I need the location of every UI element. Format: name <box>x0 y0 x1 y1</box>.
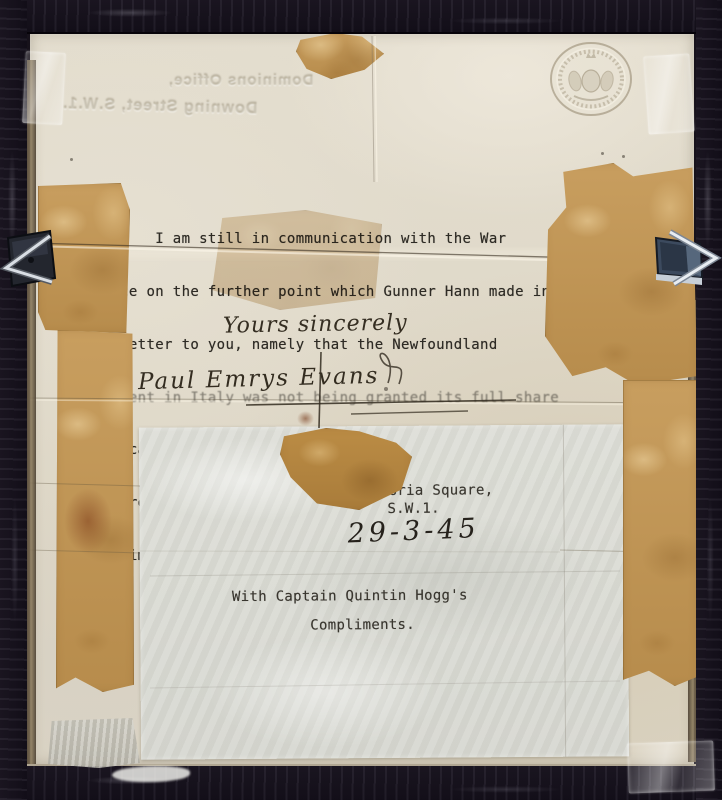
body-line: his letter to you, namely that the Newfo… <box>85 337 559 355</box>
gray-tape-bottom-left <box>48 718 140 768</box>
slip-compliments-line1: With Captain Quintin Hogg's <box>232 587 468 605</box>
slip-fold-line <box>563 425 566 757</box>
paper-speck <box>384 387 388 391</box>
paper-speck <box>622 155 625 158</box>
clear-tape-top-left <box>22 51 66 125</box>
framed-letter-photo: Dominions Office, Downing Street, S.W.1.… <box>0 0 722 800</box>
tape-strip-right <box>623 380 697 686</box>
frame-top <box>0 0 722 34</box>
frame-inner-lip-left <box>26 60 36 766</box>
frame-hanging-clip-left-icon <box>0 224 60 298</box>
slip-handwritten-date: 29-3-45 <box>347 513 480 550</box>
paper-speck <box>601 152 604 155</box>
adhesive-stain-dot <box>297 411 314 426</box>
letterhead-showthrough-line1: Dominions Office, <box>168 72 313 89</box>
valediction-handwritten: Yours sincerely <box>223 310 408 338</box>
clear-tape-bottom-right <box>627 741 715 794</box>
tape-stain <box>64 488 112 554</box>
clear-tape-top-right <box>643 53 694 134</box>
royal-coat-of-arms-seal-icon <box>548 40 634 118</box>
frame-bottom <box>0 764 722 800</box>
frame-right <box>696 0 722 800</box>
paper-speck <box>70 158 73 161</box>
slip-compliments-line2: Compliments. <box>310 617 415 634</box>
tape-patch-center-translucent <box>212 210 382 310</box>
tape-strip-left <box>56 330 134 692</box>
frame-hanging-clip-right-icon <box>646 224 722 296</box>
